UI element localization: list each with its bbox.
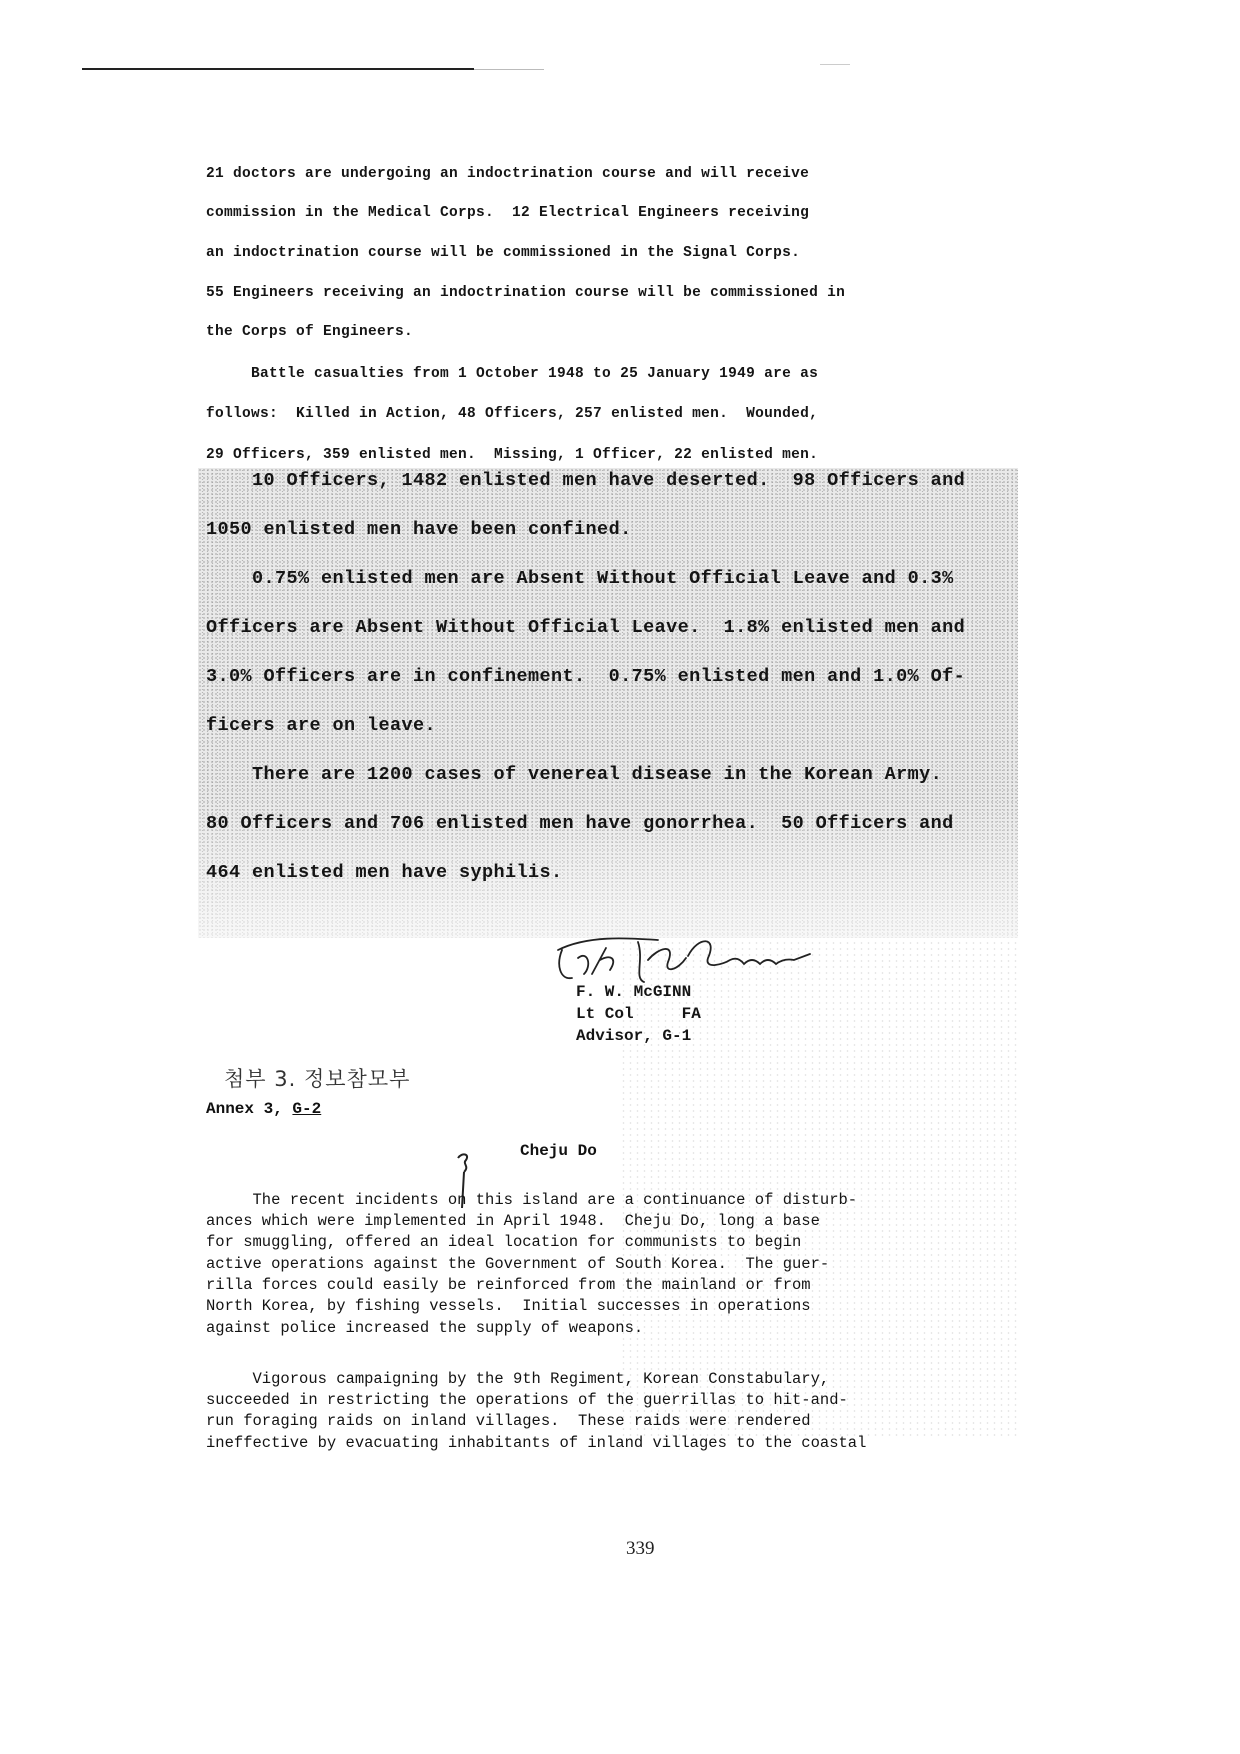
text-line: Officers are Absent Without Official Lea… (206, 617, 965, 638)
text-line: The recent incidents on this island are … (206, 1190, 857, 1212)
text-line: There are 1200 cases of venereal disease… (206, 764, 942, 785)
text-line: 3.0% Officers are in confinement. 0.75% … (206, 666, 965, 687)
text-line: ineffective by evacuating inhabitants of… (206, 1433, 866, 1455)
text-line: the Corps of Engineers. (206, 324, 413, 340)
text-line: 21 doctors are undergoing an indoctrinat… (206, 166, 809, 182)
text-line: an indoctrination course will be commiss… (206, 245, 800, 261)
text-line: ficers are on leave. (206, 715, 436, 736)
signatory-name: F. W. McGINN (576, 983, 691, 1001)
text-line: run foraging raids on inland villages. T… (206, 1411, 811, 1433)
handwritten-signature (548, 930, 828, 990)
text-line: follows: Killed in Action, 48 Officers, … (206, 406, 818, 422)
text-line: 464 enlisted men have syphilis. (206, 862, 563, 883)
korean-annex-heading: 첨부 3. 정보참모부 (224, 1063, 410, 1093)
text-line: 80 Officers and 706 enlisted men have go… (206, 813, 954, 834)
header-rule-faint (474, 69, 544, 70)
text-line: 1050 enlisted men have been confined. (206, 519, 632, 540)
signatory-rank: Lt Col FA (576, 1005, 701, 1023)
annex-title: Cheju Do (520, 1142, 597, 1160)
annex-unit: G-2 (292, 1100, 321, 1118)
text-line: for smuggling, offered an ideal location… (206, 1232, 801, 1254)
signatory-title: Advisor, G-1 (576, 1027, 691, 1045)
text-line: 55 Engineers receiving an indoctrination… (206, 285, 845, 301)
text-line: North Korea, by fishing vessels. Initial… (206, 1296, 811, 1318)
text-line: rilla forces could easily be reinforced … (206, 1275, 811, 1297)
annex-label: Annex 3, G-2 (206, 1100, 321, 1118)
text-line: succeeded in restricting the operations … (206, 1390, 848, 1412)
header-mark-faint (820, 64, 850, 65)
text-line: 0.75% enlisted men are Absent Without Of… (206, 568, 954, 589)
text-line: Vigorous campaigning by the 9th Regiment… (206, 1369, 829, 1391)
annex-number: Annex 3, (206, 1100, 292, 1118)
text-line: 29 Officers, 359 enlisted men. Missing, … (206, 447, 818, 463)
text-line: 10 Officers, 1482 enlisted men have dese… (206, 470, 965, 491)
page-number: 339 (626, 1538, 655, 1560)
text-line: commission in the Medical Corps. 12 Elec… (206, 205, 809, 221)
text-line: active operations against the Government… (206, 1254, 829, 1276)
text-line: ances which were implemented in April 19… (206, 1211, 820, 1233)
header-rule (82, 68, 474, 70)
text-line: against police increased the supply of w… (206, 1318, 643, 1340)
text-line: Battle casualties from 1 October 1948 to… (206, 366, 818, 382)
